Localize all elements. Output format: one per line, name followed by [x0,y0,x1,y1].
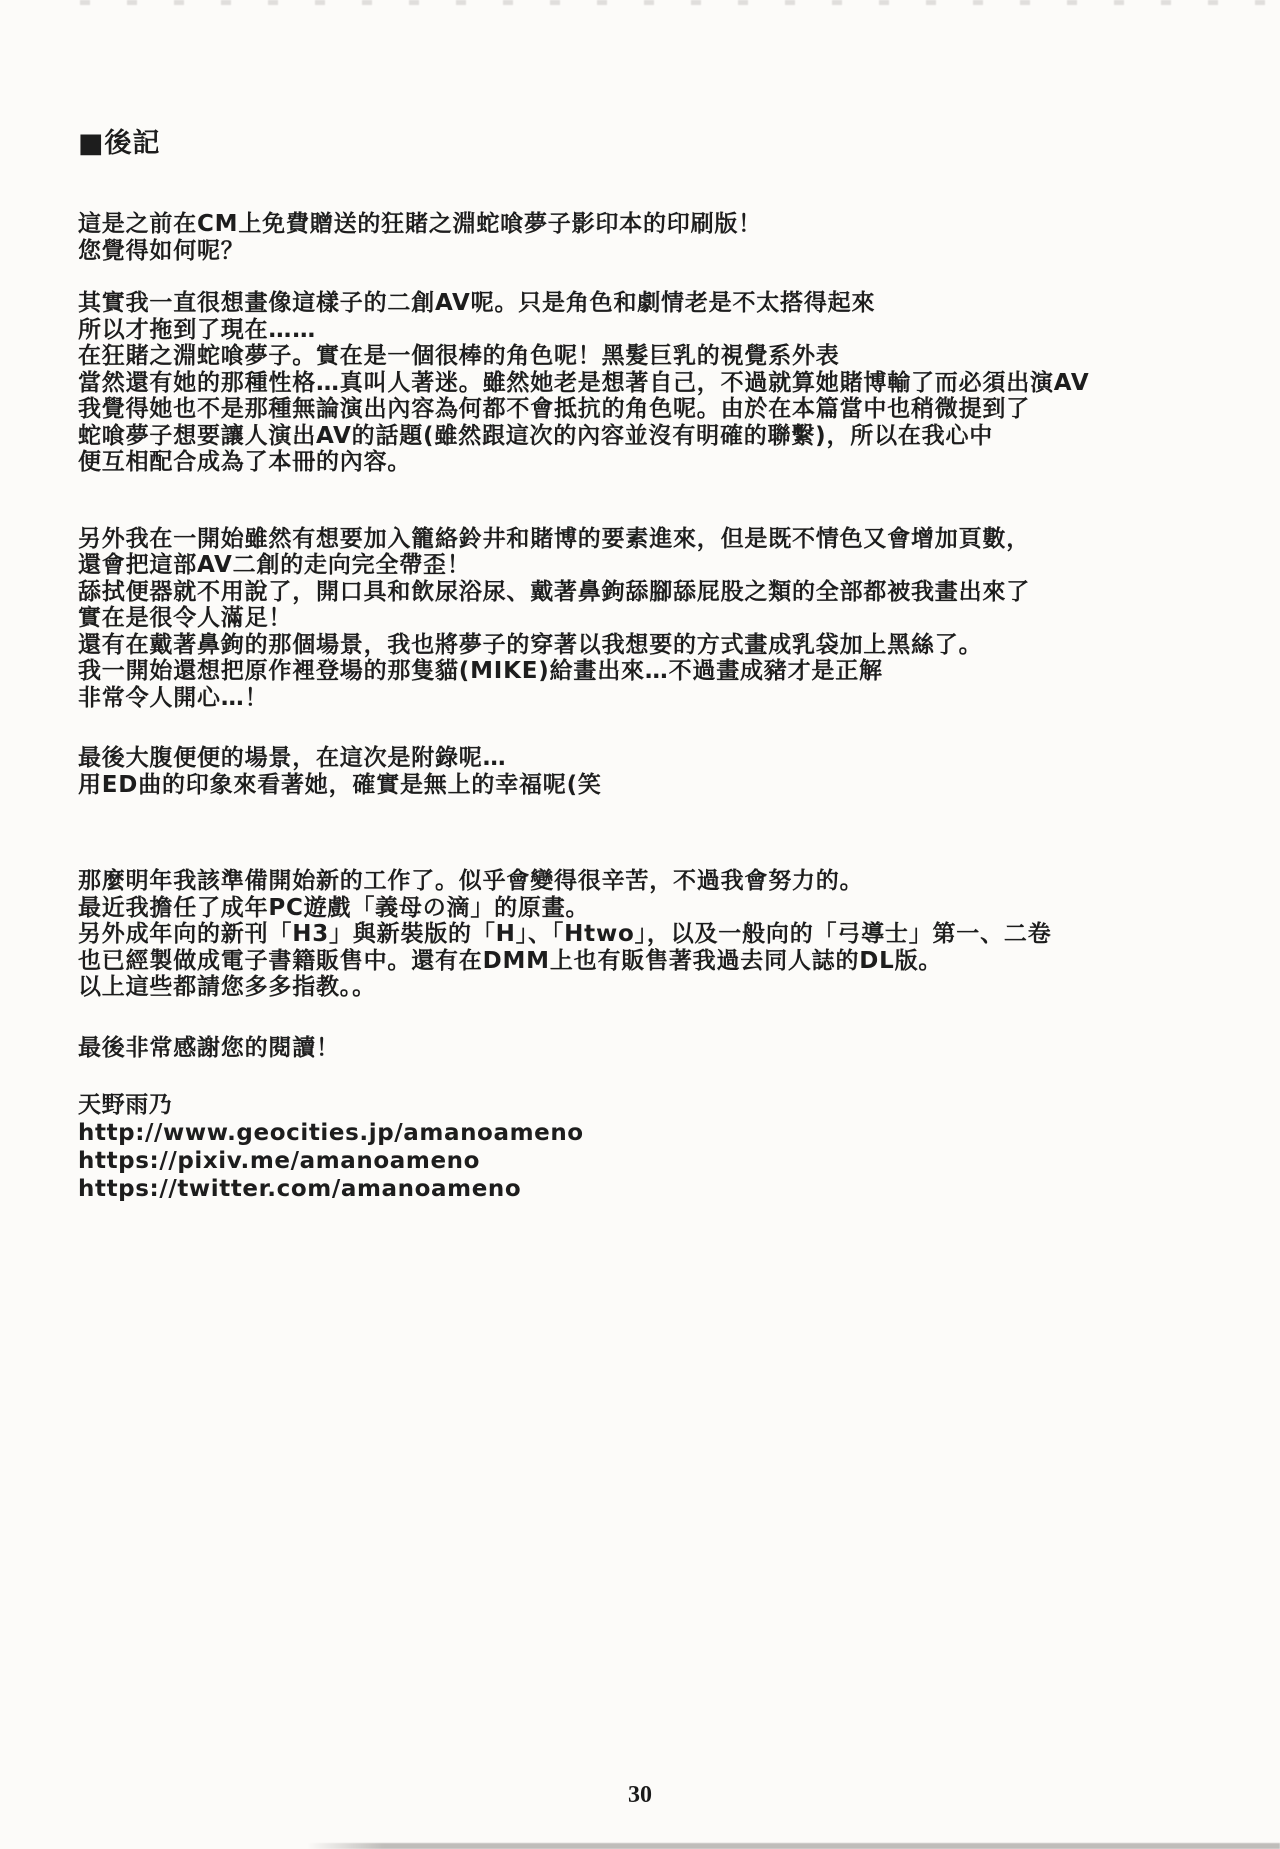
text-line: 所以才拖到了現在…… [78,317,1232,344]
text-line: 以上這些都請您多多指教。。 [78,974,1232,1001]
afterword-content: ■後記 這是之前在CM上免費贈送的狂賭之淵蛇喰夢子影印本的印刷版！ 您覺得如何呢… [78,128,1232,1203]
text-line: 還有在戴著鼻鉤的那個場景，我也將夢子的穿著以我想要的方式畫成乳袋加上黑絲了。 [78,632,1232,659]
text-line: 在狂賭之淵蛇喰夢子。實在是一個很棒的角色呢！黑髮巨乳的視覺系外表 [78,343,1232,370]
scan-artifact-top [80,0,1280,5]
paragraph-thanks: 最後非常感謝您的閱讀！ [78,1035,1232,1062]
paragraph-intro: 這是之前在CM上免費贈送的狂賭之淵蛇喰夢子影印本的印刷版！ 您覺得如何呢？ [78,211,1232,264]
text-line: 蛇喰夢子想要讓人演出AV的話題(雖然跟這次的內容並沒有明確的聯繫)，所以在我心中 [78,423,1232,450]
scan-artifact-bottom [0,1843,1280,1849]
signature-block: 天野雨乃 http://www.geocities.jp/amanoameno … [78,1091,1232,1203]
pixiv-url: https://pixiv.me/amanoameno [78,1147,1232,1175]
text-line: 舔拭便器就不用說了，開口具和飲尿浴尿、戴著鼻鉤舔腳舔屁股之類的全部都被我畫出來了 [78,579,1232,606]
text-line: 實在是很令人滿足！ [78,605,1232,632]
text-line: 還會把這部AV二創的走向完全帶歪！ [78,552,1232,579]
text-line: 非常令人開心…！ [78,685,1232,712]
text-line: 另外我在一開始雖然有想要加入籠絡鈴井和賭博的要素進來，但是既不情色又會增加頁數， [78,526,1232,553]
text-line: 最後非常感謝您的閱讀！ [78,1035,1232,1062]
page-number: 30 [0,1782,1280,1809]
website-url: http://www.geocities.jp/amanoameno [78,1119,1232,1147]
text-line: 我一開始還想把原作裡登場的那隻貓(MIKE)給畫出來…不過畫成豬才是正解 [78,658,1232,685]
text-line: 您覺得如何呢？ [78,238,1232,265]
text-line: 也已經製做成電子書籍販售中。還有在DMM上也有販售著我過去同人誌的DL版。 [78,948,1232,975]
paragraph-concept: 其實我一直很想畫像這樣子的二創AV呢。只是角色和劇情老是不太搭得起來 所以才拖到… [78,290,1232,476]
text-line: 其實我一直很想畫像這樣子的二創AV呢。只是角色和劇情老是不太搭得起來 [78,290,1232,317]
paragraph-details: 另外我在一開始雖然有想要加入籠絡鈴井和賭博的要素進來，但是既不情色又會增加頁數，… [78,526,1232,712]
text-line: 另外成年向的新刊「H3」與新裝版的「H」、「Htwo」，以及一般向的「弓導士」第… [78,921,1232,948]
section-heading: ■後記 [78,128,1232,160]
paragraph-appendix: 最後大腹便便的場景，在這次是附錄呢… 用ED曲的印象來看著她，確實是無上的幸福呢… [78,745,1232,798]
twitter-url: https://twitter.com/amanoameno [78,1175,1232,1203]
text-line: 這是之前在CM上免費贈送的狂賭之淵蛇喰夢子影印本的印刷版！ [78,211,1232,238]
paragraph-announcements: 那麼明年我該準備開始新的工作了。似乎會變得很辛苦，不過我會努力的。 最近我擔任了… [78,868,1232,1001]
text-line: 用ED曲的印象來看著她，確實是無上的幸福呢(笑 [78,772,1232,799]
text-line: 當然還有她的那種性格…真叫人著迷。雖然她老是想著自己，不過就算她賭博輸了而必須出… [78,370,1232,397]
text-line: 最後大腹便便的場景，在這次是附錄呢… [78,745,1232,772]
text-line: 那麼明年我該準備開始新的工作了。似乎會變得很辛苦，不過我會努力的。 [78,868,1232,895]
text-line: 我覺得她也不是那種無論演出內容為何都不會抵抗的角色呢。由於在本篇當中也稍微提到了 [78,396,1232,423]
text-line: 便互相配合成為了本冊的內容。 [78,449,1232,476]
afterword-page: ■後記 這是之前在CM上免費贈送的狂賭之淵蛇喰夢子影印本的印刷版！ 您覺得如何呢… [0,0,1280,1849]
text-line: 最近我擔任了成年PC遊戲「義母の滴」的原畫。 [78,895,1232,922]
author-name: 天野雨乃 [78,1091,1232,1119]
